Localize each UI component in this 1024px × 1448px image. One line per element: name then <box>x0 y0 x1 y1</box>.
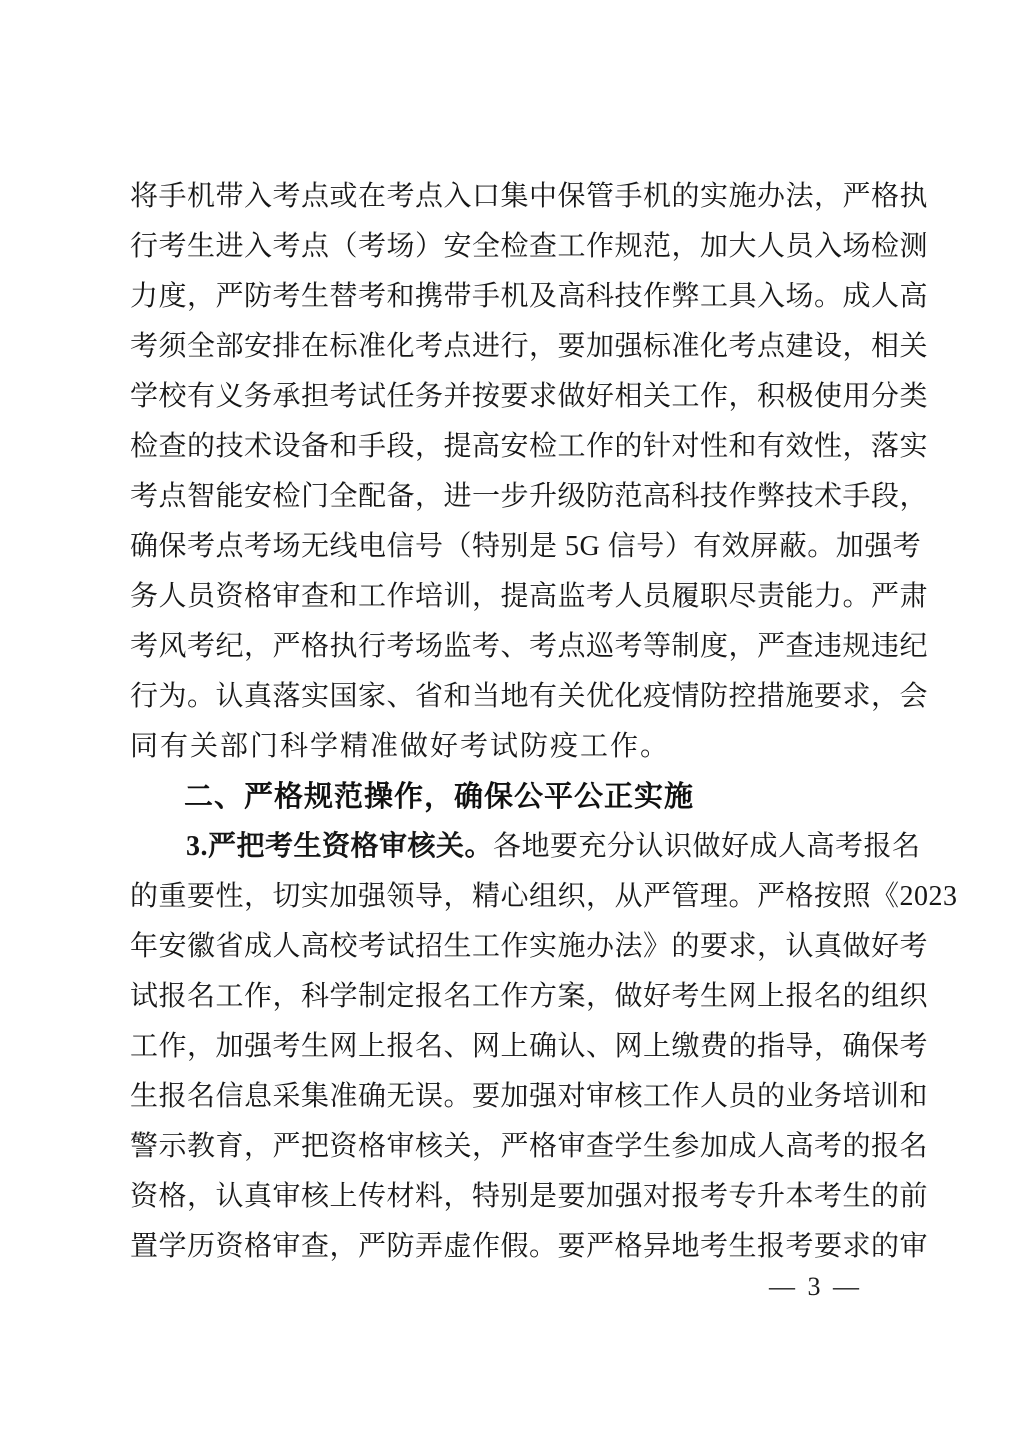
body-line: 置学历资格审查，严防弄虚作假。要严格异地考生报考要求的审 <box>130 1222 896 1272</box>
paragraph-text: 各地要充分认识做好成人高考报名 <box>493 831 921 862</box>
body-line: 行为。认真落实国家、省和当地有关优化疫情防控措施要求，会 <box>130 672 896 722</box>
body-line: 检查的技术设备和手段，提高安检工作的针对性和有效性，落实 <box>130 422 896 472</box>
body-line: 年安徽省成人高校考试招生工作实施办法》的要求，认真做好考 <box>130 922 896 972</box>
document-page: 将手机带入考点或在考点入口集中保管手机的实施办法，严格执 行考生进入考点（考场）… <box>0 0 1024 1448</box>
body-line: 学校有义务承担考试任务并按要求做好相关工作，积极使用分类 <box>130 372 896 422</box>
paragraph-lead: 3.严把考生资格审核关。 <box>186 831 493 862</box>
body-line: 警示教育，严把资格审核关，严格审查学生参加成人高考的报名 <box>130 1122 896 1172</box>
body-line: 资格，认真审核上传材料，特别是要加强对报考专升本考生的前 <box>130 1172 896 1222</box>
body-line: 力度，严防考生替考和携带手机及高科技作弊工具入场。成人高 <box>130 272 896 322</box>
body-line: 考须全部安排在标准化考点进行，要加强标准化考点建设，相关 <box>130 322 896 372</box>
body-line: 将手机带入考点或在考点入口集中保管手机的实施办法，严格执 <box>130 172 896 222</box>
body-line: 生报名信息采集准确无误。要加强对审核工作人员的业务培训和 <box>130 1072 896 1122</box>
body-line: 行考生进入考点（考场）安全检查工作规范，加大人员入场检测 <box>130 222 896 272</box>
document-body: 将手机带入考点或在考点入口集中保管手机的实施办法，严格执 行考生进入考点（考场）… <box>130 172 896 1272</box>
section-heading: 二、严格规范操作，确保公平公正实施 <box>130 772 896 822</box>
body-line: 工作，加强考生网上报名、网上确认、网上缴费的指导，确保考 <box>130 1022 896 1072</box>
body-line: 务人员资格审查和工作培训，提高监考人员履职尽责能力。严肃 <box>130 572 896 622</box>
body-line: 3.严把考生资格审核关。各地要充分认识做好成人高考报名 <box>130 822 896 872</box>
body-line: 试报名工作，科学制定报名工作方案，做好考生网上报名的组织 <box>130 972 896 1022</box>
body-line: 考点智能安检门全配备，进一步升级防范高科技作弊技术手段， <box>130 472 896 522</box>
body-line: 同有关部门科学精准做好考试防疫工作。 <box>130 722 896 772</box>
body-line: 考风考纪，严格执行考场监考、考点巡考等制度，严查违规违纪 <box>130 622 896 672</box>
page-number: — 3 — <box>769 1272 862 1302</box>
body-line: 的重要性，切实加强领导，精心组织，从严管理。严格按照《2023 <box>130 872 896 922</box>
body-line: 确保考点考场无线电信号（特别是 5G 信号）有效屏蔽。加强考 <box>130 522 896 572</box>
